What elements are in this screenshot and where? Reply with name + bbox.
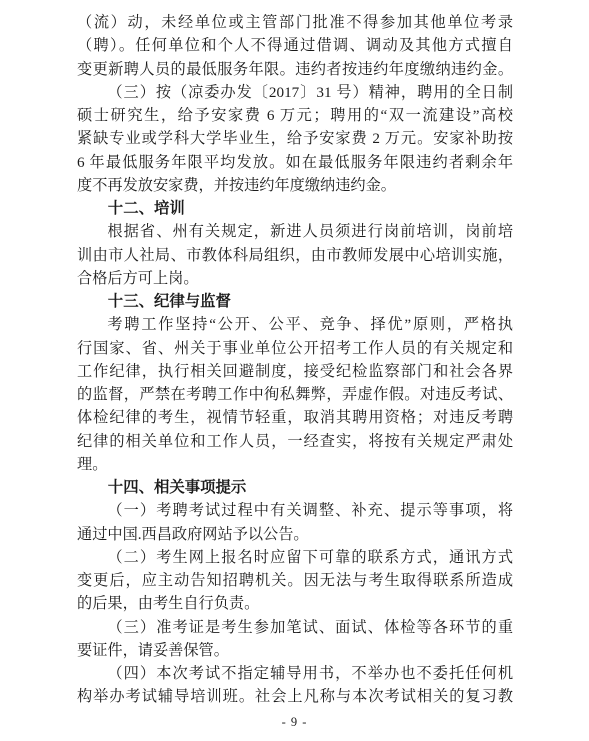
- section-heading: 十二、培训: [77, 197, 513, 220]
- text-line: 通过中国.西昌政府网站予以公告。: [77, 523, 513, 546]
- text-line: 考聘工作坚持“公开、公平、竞争、择优”原则，严格执: [77, 313, 513, 336]
- text-line: 行国家、省、州关于事业单位公开招考工作人员的有关规定和: [77, 337, 513, 360]
- text-line: 根据省、州有关规定，新进人员须进行岗前培训，岗前培: [77, 220, 513, 243]
- section-heading: 十四、相关事项提示: [77, 476, 513, 499]
- text-line: （一）考聘考试过程中有关调整、补充、提示等事项，将: [77, 499, 513, 522]
- text-line: 理。: [77, 453, 513, 476]
- text-line: 训由市人社局、市教体科局组织，由市教师发展中心培训实施，: [77, 244, 513, 267]
- text-line: 体检纪律的考生，视情节轻重，取消其聘用资格；对违反考聘: [77, 406, 513, 429]
- text-line: 要证件，请妥善保管。: [77, 639, 513, 662]
- text-line: 变更新聘人员的最低服务年限。违约者按违约年度缴纳违约金。: [77, 58, 513, 81]
- text-line: 纪律的相关单位和工作人员，一经查实，将按有关规定严肃处: [77, 430, 513, 453]
- section-heading: 十三、纪律与监督: [77, 290, 513, 313]
- page-number: - 9 -: [0, 715, 589, 730]
- text-line: （二）考生网上报名时应留下可靠的联系方式，通讯方式: [77, 546, 513, 569]
- text-line: （三）按（凉委办发〔2017〕31 号）精神，聘用的全日制: [77, 81, 513, 104]
- text-line: （聘）。任何单位和个人不得通过借调、调动及其他方式擅自: [77, 34, 513, 57]
- text-line: 硕士研究生，给予安家费 6 万元；聘用的“双一流建设”高校: [77, 104, 513, 127]
- document-page: （流）动，未经单位或主管部门批准不得参加其他单位考录（聘）。任何单位和个人不得通…: [0, 0, 589, 741]
- text-line: 工作纪律，执行相关回避制度，接受纪检监察部门和社会各界: [77, 360, 513, 383]
- text-line: 合格后方可上岗。: [77, 267, 513, 290]
- text-line: 变更后，应主动告知招聘机关。因无法与考生取得联系所造成: [77, 569, 513, 592]
- text-line: 的后果，由考生自行负责。: [77, 592, 513, 615]
- text-line: （流）动，未经单位或主管部门批准不得参加其他单位考录: [77, 11, 513, 34]
- text-line: 紧缺专业或学科大学毕业生，给予安家费 2 万元。安家补助按: [77, 127, 513, 150]
- text-line: 构举办考试辅导培训班。社会上凡称与本次考试相关的复习教: [77, 685, 513, 708]
- text-line: 的监督，严禁在考聘工作中徇私舞弊，弄虚作假。对违反考试、: [77, 383, 513, 406]
- document-body: （流）动，未经单位或主管部门批准不得参加其他单位考录（聘）。任何单位和个人不得通…: [77, 11, 513, 709]
- text-line: （四）本次考试不指定辅导用书，不举办也不委托任何机: [77, 662, 513, 685]
- text-line: 6 年最低服务年限平均发放。如在最低服务年限违约者剩余年: [77, 151, 513, 174]
- text-line: （三）准考证是考生参加笔试、面试、体检等各环节的重: [77, 616, 513, 639]
- text-line: 度不再发放安家费，并按违约年度缴纳违约金。: [77, 174, 513, 197]
